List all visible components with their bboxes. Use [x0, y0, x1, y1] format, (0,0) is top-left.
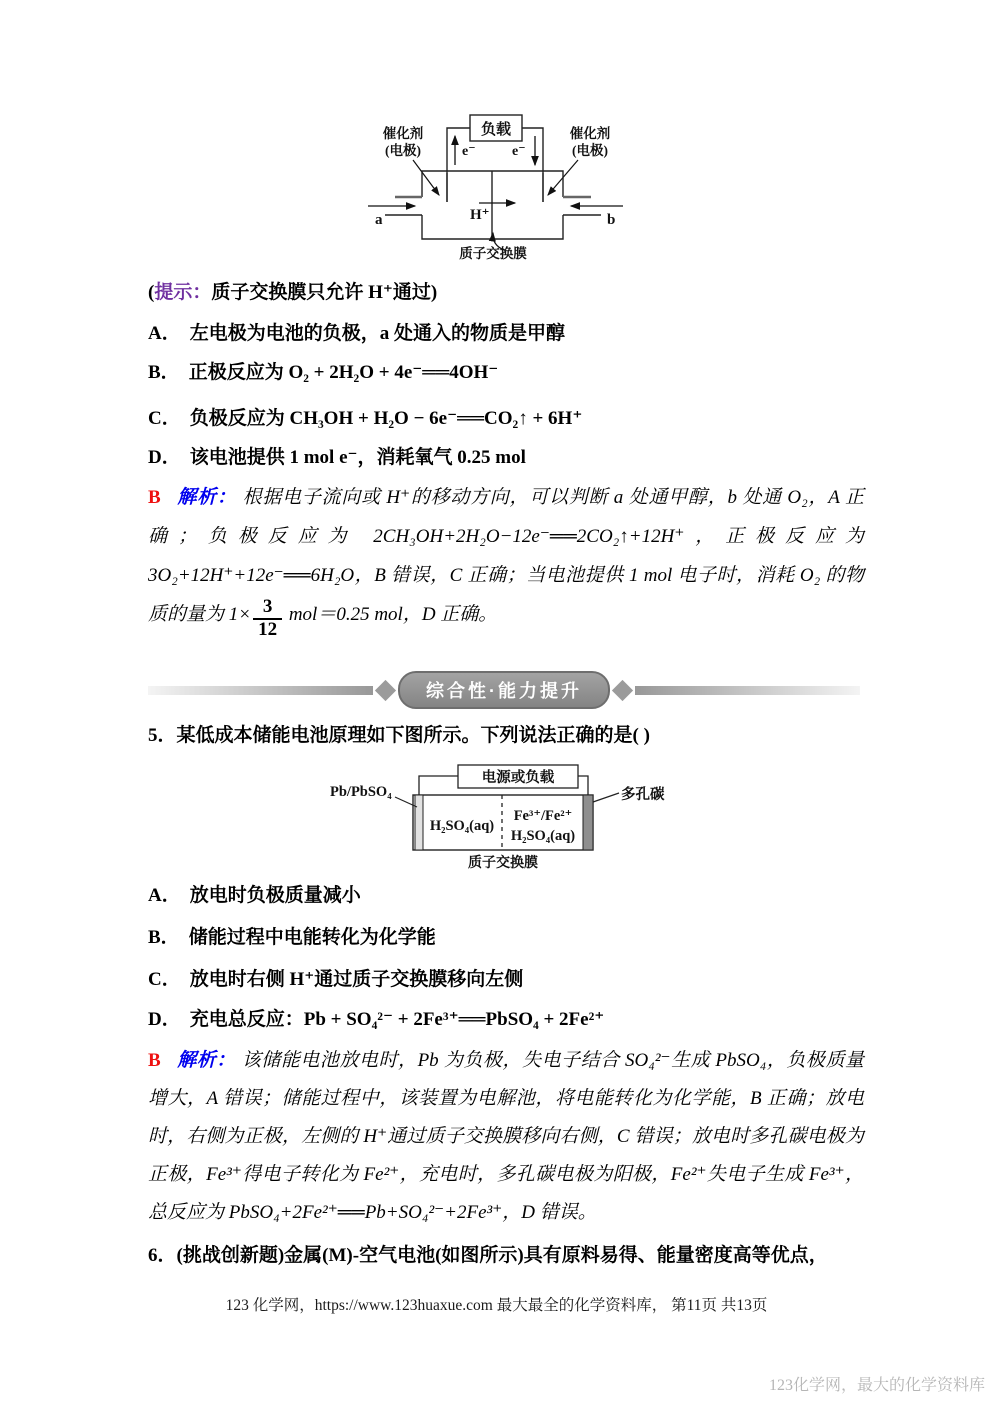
proton-label: H⁺: [470, 207, 490, 223]
catalyst-right-line2: (电极): [572, 142, 608, 158]
option-letter: C．: [148, 408, 181, 429]
banner-diamond-right: [612, 679, 633, 700]
q5-analysis-text: 该储能电池放电时，Pb 为负极，失电子结合 SO₄²⁻生成 PbSO₄，负极质量…: [148, 1050, 864, 1223]
storage-battery-diagram: 电源或负载 Pb/PbSO₄ 多孔碳 H₂SO₄(aq) Fe³⁺/Fe²⁺ H…: [325, 760, 670, 875]
fraction: 312: [253, 597, 282, 641]
q5-option-c: C．放电时右侧 H⁺通过质子交换膜移向左侧: [148, 964, 523, 991]
page-footer: 123 化学网，https://www.123huaxue.com 最大最全的化…: [0, 1293, 993, 1315]
q5-analysis: B解析：该储能电池放电时，Pb 为负极，失电子结合 SO₄²⁻生成 PbSO₄，…: [148, 1042, 864, 1232]
option-letter: A．: [148, 323, 181, 344]
right-wire: [578, 776, 588, 795]
option-text: 正极反应为 O₂ + 2H₂O + 4e⁻══4OH⁻: [189, 362, 499, 383]
option-text: 放电时负极质量减小: [190, 885, 361, 906]
q4-option-c: C．负极反应为 CH₃OH + H₂O − 6e⁻══CO₂↑ + 6H⁺: [148, 403, 582, 430]
site-watermark: 123化学网，最大的化学资料库: [769, 1372, 985, 1395]
catalyst-right-line1: 催化剂: [570, 125, 611, 141]
catalyst-left-line2: (电极): [385, 142, 421, 158]
option-letter: D．: [148, 447, 181, 468]
load-label: 负载: [481, 120, 511, 138]
fuel-cell-diagram: 负载 e⁻ e⁻ 催化剂 (电极) 催化剂 (电极) a b H⁺ 质子交换膜: [365, 103, 650, 271]
q5-option-d: D．充电总反应：Pb + SO₄²⁻ + 2Fe³⁺══PbSO₄ + 2Fe²…: [148, 1004, 604, 1031]
electron-right-label: e⁻: [512, 144, 526, 159]
left-solution-label: H₂SO₄(aq): [430, 818, 494, 834]
q4-option-d: D．该电池提供 1 mol e⁻，消耗氧气 0.25 mol: [148, 442, 526, 469]
q5-answer-letter: B: [148, 1050, 161, 1071]
option-letter: B．: [148, 362, 180, 383]
q4-analysis-text-2: mol＝0.25 mol，D 正确。: [284, 604, 497, 625]
option-text: 储能过程中电能转化为化学能: [189, 927, 436, 948]
q4-option-b: B．正极反应为 O₂ + 2H₂O + 4e⁻══4OH⁻: [148, 357, 498, 384]
option-text: 左电极为电池的负极，a 处通入的物质是甲醇: [190, 323, 565, 344]
left-electrode-label: Pb/PbSO₄: [330, 784, 392, 800]
q5-option-a: A．放电时负极质量减小: [148, 880, 361, 907]
q4-answer-letter: B: [148, 487, 161, 508]
option-letter: C．: [148, 969, 181, 990]
inlet-b-label: b: [607, 212, 615, 228]
option-letter: A．: [148, 885, 181, 906]
option-text: 该电池提供 1 mol e⁻，消耗氧气 0.25 mol: [190, 447, 526, 468]
option-text: 放电时右侧 H⁺通过质子交换膜移向左侧: [190, 969, 524, 990]
q4-option-a: A．左电极为电池的负极，a 处通入的物质是甲醇: [148, 318, 565, 345]
fraction-numerator: 3: [253, 597, 282, 620]
banner-diamond-left: [375, 679, 396, 700]
option-letter: D．: [148, 1009, 181, 1030]
inlet-a-label: a: [375, 212, 383, 228]
q4-analysis: B解析：根据电子流向或 H⁺的移动方向，可以判断 a 处通甲醇，b 处通 O₂，…: [148, 478, 864, 641]
exam-document-page: { "diagram1": { "load_label": "负载", "cat…: [0, 0, 993, 1404]
option-text: 充电总反应：Pb + SO₄²⁻ + 2Fe³⁺══PbSO₄ + 2Fe²⁺: [190, 1009, 605, 1030]
right-solution-label: H₂SO₄(aq): [511, 828, 575, 844]
right-electrode-leader: [593, 793, 619, 802]
q5-option-b: B．储能过程中电能转化为化学能: [148, 922, 436, 949]
section-banner: 综合性·能力提升: [148, 671, 860, 709]
catalyst-left-arrow: [413, 160, 439, 195]
hint-line: (提示：质子交换膜只允许 H⁺通过): [148, 277, 437, 304]
analysis-label: 解析：: [177, 487, 237, 508]
hint-label: 提示：: [154, 282, 211, 303]
q5-stem: 5．某低成本储能电池原理如下图所示。下列说法正确的是( ): [148, 720, 650, 747]
option-letter: B．: [148, 927, 180, 948]
fraction-denominator: 12: [253, 620, 282, 641]
option-text: 负极反应为 CH₃OH + H₂O − 6e⁻══CO₂↑ + 6H⁺: [190, 408, 583, 429]
q6-stem: 6．(挑战创新题)金属(M)-空气电池(如图所示)具有原料易得、能量密度高等优点…: [148, 1240, 828, 1267]
membrane-label: 质子交换膜: [468, 854, 538, 871]
hint-text: 质子交换膜只允许 H⁺通过): [211, 282, 437, 303]
banner-bar-right: [635, 686, 860, 695]
banner-pill: 综合性·能力提升: [398, 671, 610, 709]
banner-label: 综合性·能力提升: [426, 681, 582, 701]
left-wire: [419, 776, 458, 795]
right-electrode-label: 多孔碳: [621, 785, 665, 803]
left-electrode: [415, 795, 423, 850]
catalyst-left-line1: 催化剂: [383, 125, 424, 141]
membrane-label: 质子交换膜: [459, 245, 527, 261]
power-load-label: 电源或负载: [482, 768, 555, 786]
right-redox-label: Fe³⁺/Fe²⁺: [514, 808, 573, 824]
banner-bar-left: [148, 686, 373, 695]
right-electrode: [583, 795, 593, 850]
electron-left-label: e⁻: [462, 144, 476, 159]
analysis-label: 解析：: [177, 1050, 236, 1071]
